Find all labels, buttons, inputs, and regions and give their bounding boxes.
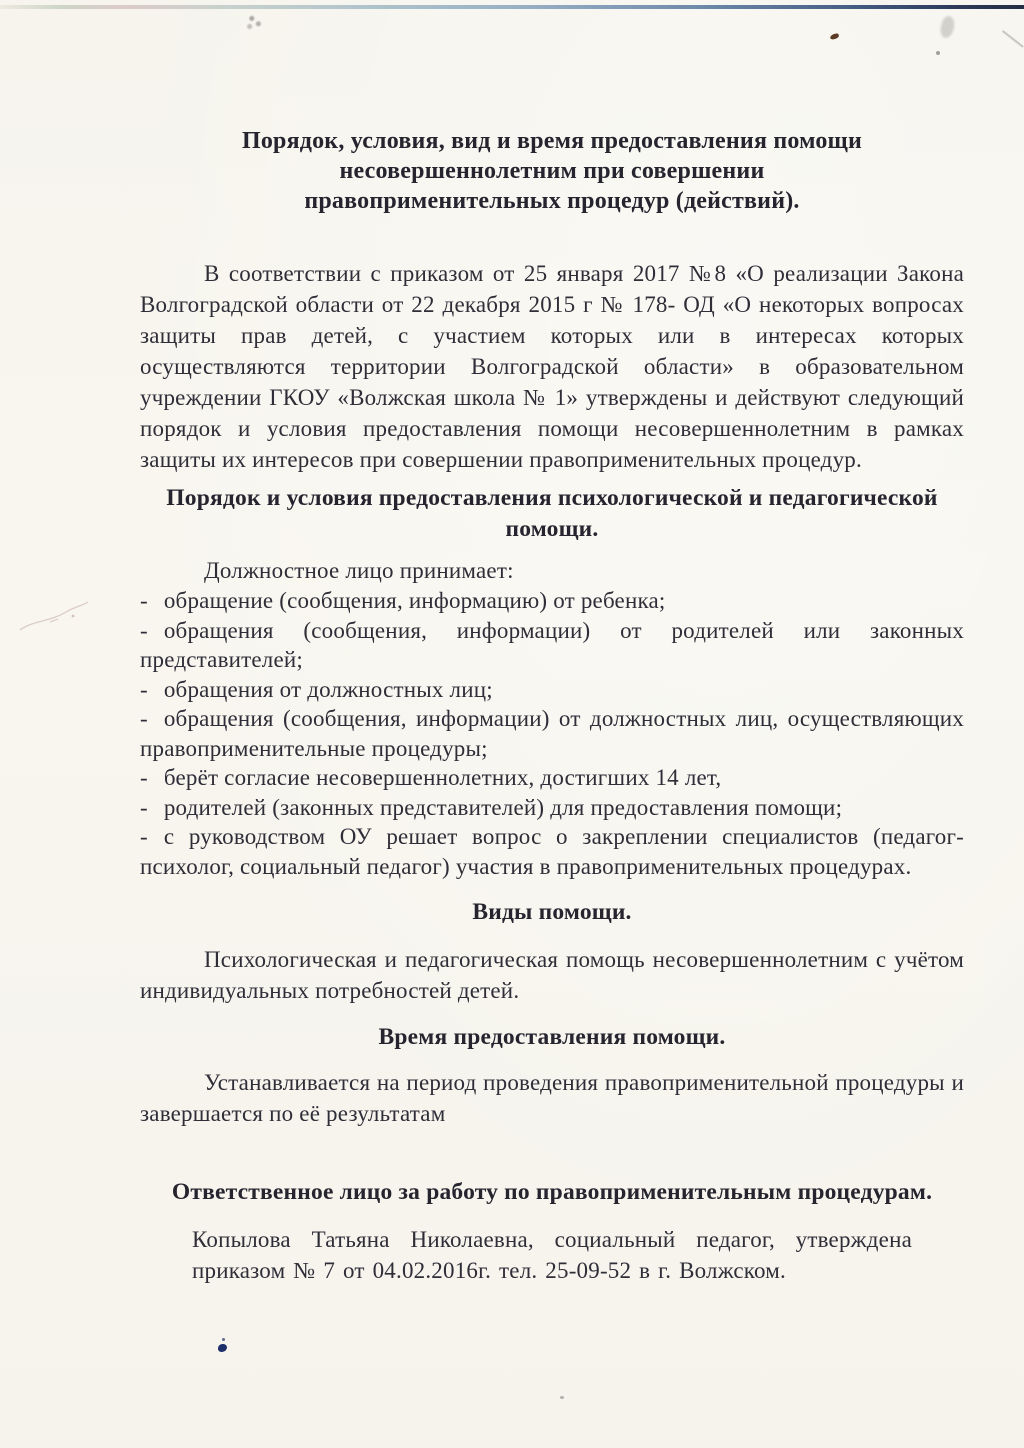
section-heading-help-types: Виды помощи. — [140, 897, 964, 928]
list-item: -обращения (сообщения, информации) от до… — [140, 704, 964, 763]
document-body: Порядок, условия, вид и время предоставл… — [0, 126, 1024, 1286]
list-item-text: обращение (сообщения, информацию) от реб… — [164, 588, 666, 613]
document-title-line1: Порядок, условия, вид и время предоставл… — [140, 126, 964, 156]
list-item: -родителей (законных представителей) для… — [140, 793, 964, 823]
ink-smudge — [243, 13, 265, 31]
scan-scratch — [1002, 30, 1023, 47]
intro-paragraph: В соответствии с приказом от 25 января 2… — [140, 258, 964, 475]
dash-marker: - — [140, 618, 164, 643]
list-item-text: родителей (законных представителей) для … — [164, 795, 842, 820]
dash-marker: - — [140, 588, 164, 613]
document-title-line2: несовершеннолетним при совершении — [140, 156, 964, 186]
help-types-paragraph: Психологическая и педагогическая помощь … — [140, 944, 964, 1006]
list-item: -берёт согласие несовершеннолетних, дост… — [140, 763, 964, 793]
scanner-edge-line — [0, 5, 1024, 9]
section-heading-order-conditions: Порядок и условия предоставления психоло… — [140, 483, 964, 545]
document-title: Порядок, условия, вид и время предоставл… — [140, 126, 964, 216]
section-heading-responsible-person: Ответственное лицо за работу по правопри… — [140, 1177, 964, 1208]
dash-marker: - — [140, 706, 164, 731]
list-item: -обращение (сообщения, информацию) от ре… — [140, 586, 964, 616]
list-item-text: обращения (сообщения, информации) от дол… — [140, 706, 964, 761]
scanned-document-page: Порядок, условия, вид и время предоставл… — [0, 0, 1024, 1448]
paper-speck — [936, 51, 940, 55]
list-item-text: с руководством ОУ решает вопрос о закреп… — [140, 824, 964, 879]
dash-marker: - — [140, 677, 164, 702]
list-item: -обращения (сообщения, информации) от ро… — [140, 616, 964, 675]
dash-marker: - — [140, 765, 164, 790]
list-item-text: обращения (сообщения, информации) от род… — [140, 618, 964, 673]
dash-marker: - — [140, 824, 164, 849]
ink-dot — [222, 1338, 225, 1341]
help-time-paragraph: Устанавливается на период проведения пра… — [140, 1067, 964, 1129]
section-heading-help-time: Время предоставления помощи. — [140, 1022, 964, 1053]
document-title-line3: правоприменительных процедур (действий). — [140, 186, 964, 216]
list-item: -обращения от должностных лиц; — [140, 675, 964, 705]
list-item-text: обращения от должностных лиц; — [164, 677, 493, 702]
list-item-text: берёт согласие несовершеннолетних, дости… — [164, 765, 722, 790]
ink-dot — [218, 1344, 227, 1352]
paper-smudge — [939, 15, 957, 39]
bullet-list: -обращение (сообщения, информацию) от ре… — [140, 586, 964, 881]
responsible-person-paragraph: Копылова Татьяна Николаевна, социальный … — [192, 1224, 912, 1286]
dash-marker: - — [140, 795, 164, 820]
list-lead-text: Должностное лицо принимает: — [140, 555, 964, 586]
paper-speck — [560, 1396, 564, 1399]
paper-speck — [829, 33, 839, 41]
list-item: -с руководством ОУ решает вопрос о закре… — [140, 822, 964, 881]
